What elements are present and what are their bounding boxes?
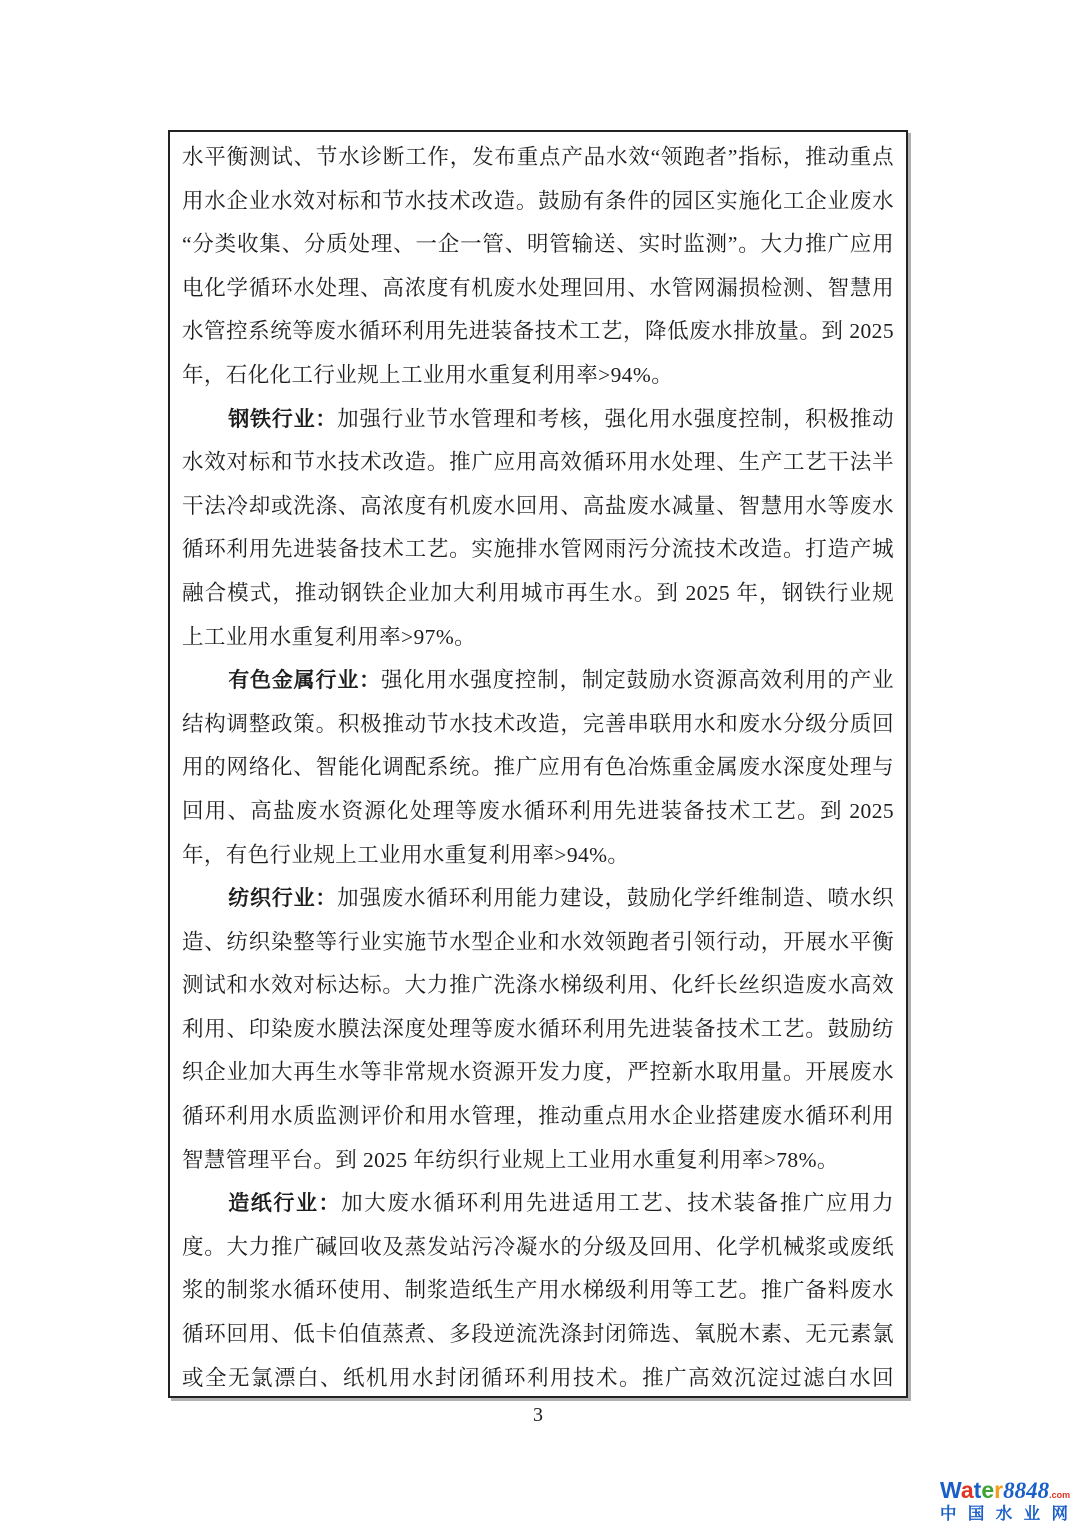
paragraph-text: 水平衡测试、节水诊断工作，发布重点产品水效“领跑者”指标，推动重点用水企业水效对… xyxy=(182,145,894,387)
logo-letter: e xyxy=(981,1477,994,1503)
logo-tld: .com xyxy=(1049,1490,1070,1500)
logo-subtitle-char: 业 xyxy=(1024,1506,1041,1523)
paragraph-steel-industry: 钢铁行业：加强行业节水管理和考核，强化用水强度控制，积极推动水效对标和节水技术改… xyxy=(182,398,894,660)
paragraph-textile-industry: 纺织行业：加强废水循环利用能力建设，鼓励化学纤维制造、喷水织造、纺织染整等行业实… xyxy=(182,877,894,1182)
logo-subtitle-char: 网 xyxy=(1052,1506,1069,1523)
paragraph-paper-industry: 造纸行业：加大废水循环利用先进适用工艺、技术装备推广应用力度。大力推广碱回收及蒸… xyxy=(182,1182,894,1398)
logo-letter: r xyxy=(994,1477,1003,1503)
logo-subtitle-char: 中 xyxy=(940,1506,957,1523)
paragraph-text: 加强行业节水管理和考核，强化用水强度控制，积极推动水效对标和节水技术改造。推广应… xyxy=(182,407,894,649)
paragraph-header: 有色金属行业： xyxy=(228,669,381,692)
document-page: 水平衡测试、节水诊断工作，发布重点产品水效“领跑者”指标，推动重点用水企业水效对… xyxy=(0,0,1080,1528)
paragraph-petrochemical-continuation: 水平衡测试、节水诊断工作，发布重点产品水效“领跑者”指标，推动重点用水企业水效对… xyxy=(182,136,894,398)
water8848-wordmark: Water8848.com xyxy=(940,1479,1068,1502)
logo-subtitle-char: 国 xyxy=(968,1506,985,1523)
page-number: 3 xyxy=(168,1404,908,1427)
logo-letter: a xyxy=(961,1477,974,1503)
paragraph-header: 造纸行业： xyxy=(228,1192,341,1215)
paragraph-header: 钢铁行业： xyxy=(228,408,337,431)
water8848-logo: Water8848.com 中 国 水 业 网 xyxy=(940,1479,1068,1523)
paragraph-text: 加大废水循环利用先进适用工艺、技术装备推广应用力度。大力推广碱回收及蒸发站污冷凝… xyxy=(182,1191,894,1398)
paragraph-header: 纺织行业： xyxy=(228,887,337,910)
logo-subtitle-char: 水 xyxy=(996,1506,1013,1523)
logo-subtitle: 中 国 水 业 网 xyxy=(940,1506,1068,1523)
document-body-frame: 水平衡测试、节水诊断工作，发布重点产品水效“领跑者”指标，推动重点用水企业水效对… xyxy=(168,130,908,1398)
paragraph-text: 强化用水强度控制，制定鼓励水资源高效利用的产业结构调整政策。积极推动节水技术改造… xyxy=(182,668,894,866)
logo-number: 8848 xyxy=(1003,1478,1049,1503)
logo-letter: W xyxy=(940,1477,961,1503)
paragraph-nonferrous-metals-industry: 有色金属行业：强化用水强度控制，制定鼓励水资源高效利用的产业结构调整政策。积极推… xyxy=(182,659,894,877)
paragraph-text: 加强废水循环利用能力建设，鼓励化学纤维制造、喷水织造、纺织染整等行业实施节水型企… xyxy=(182,886,894,1172)
